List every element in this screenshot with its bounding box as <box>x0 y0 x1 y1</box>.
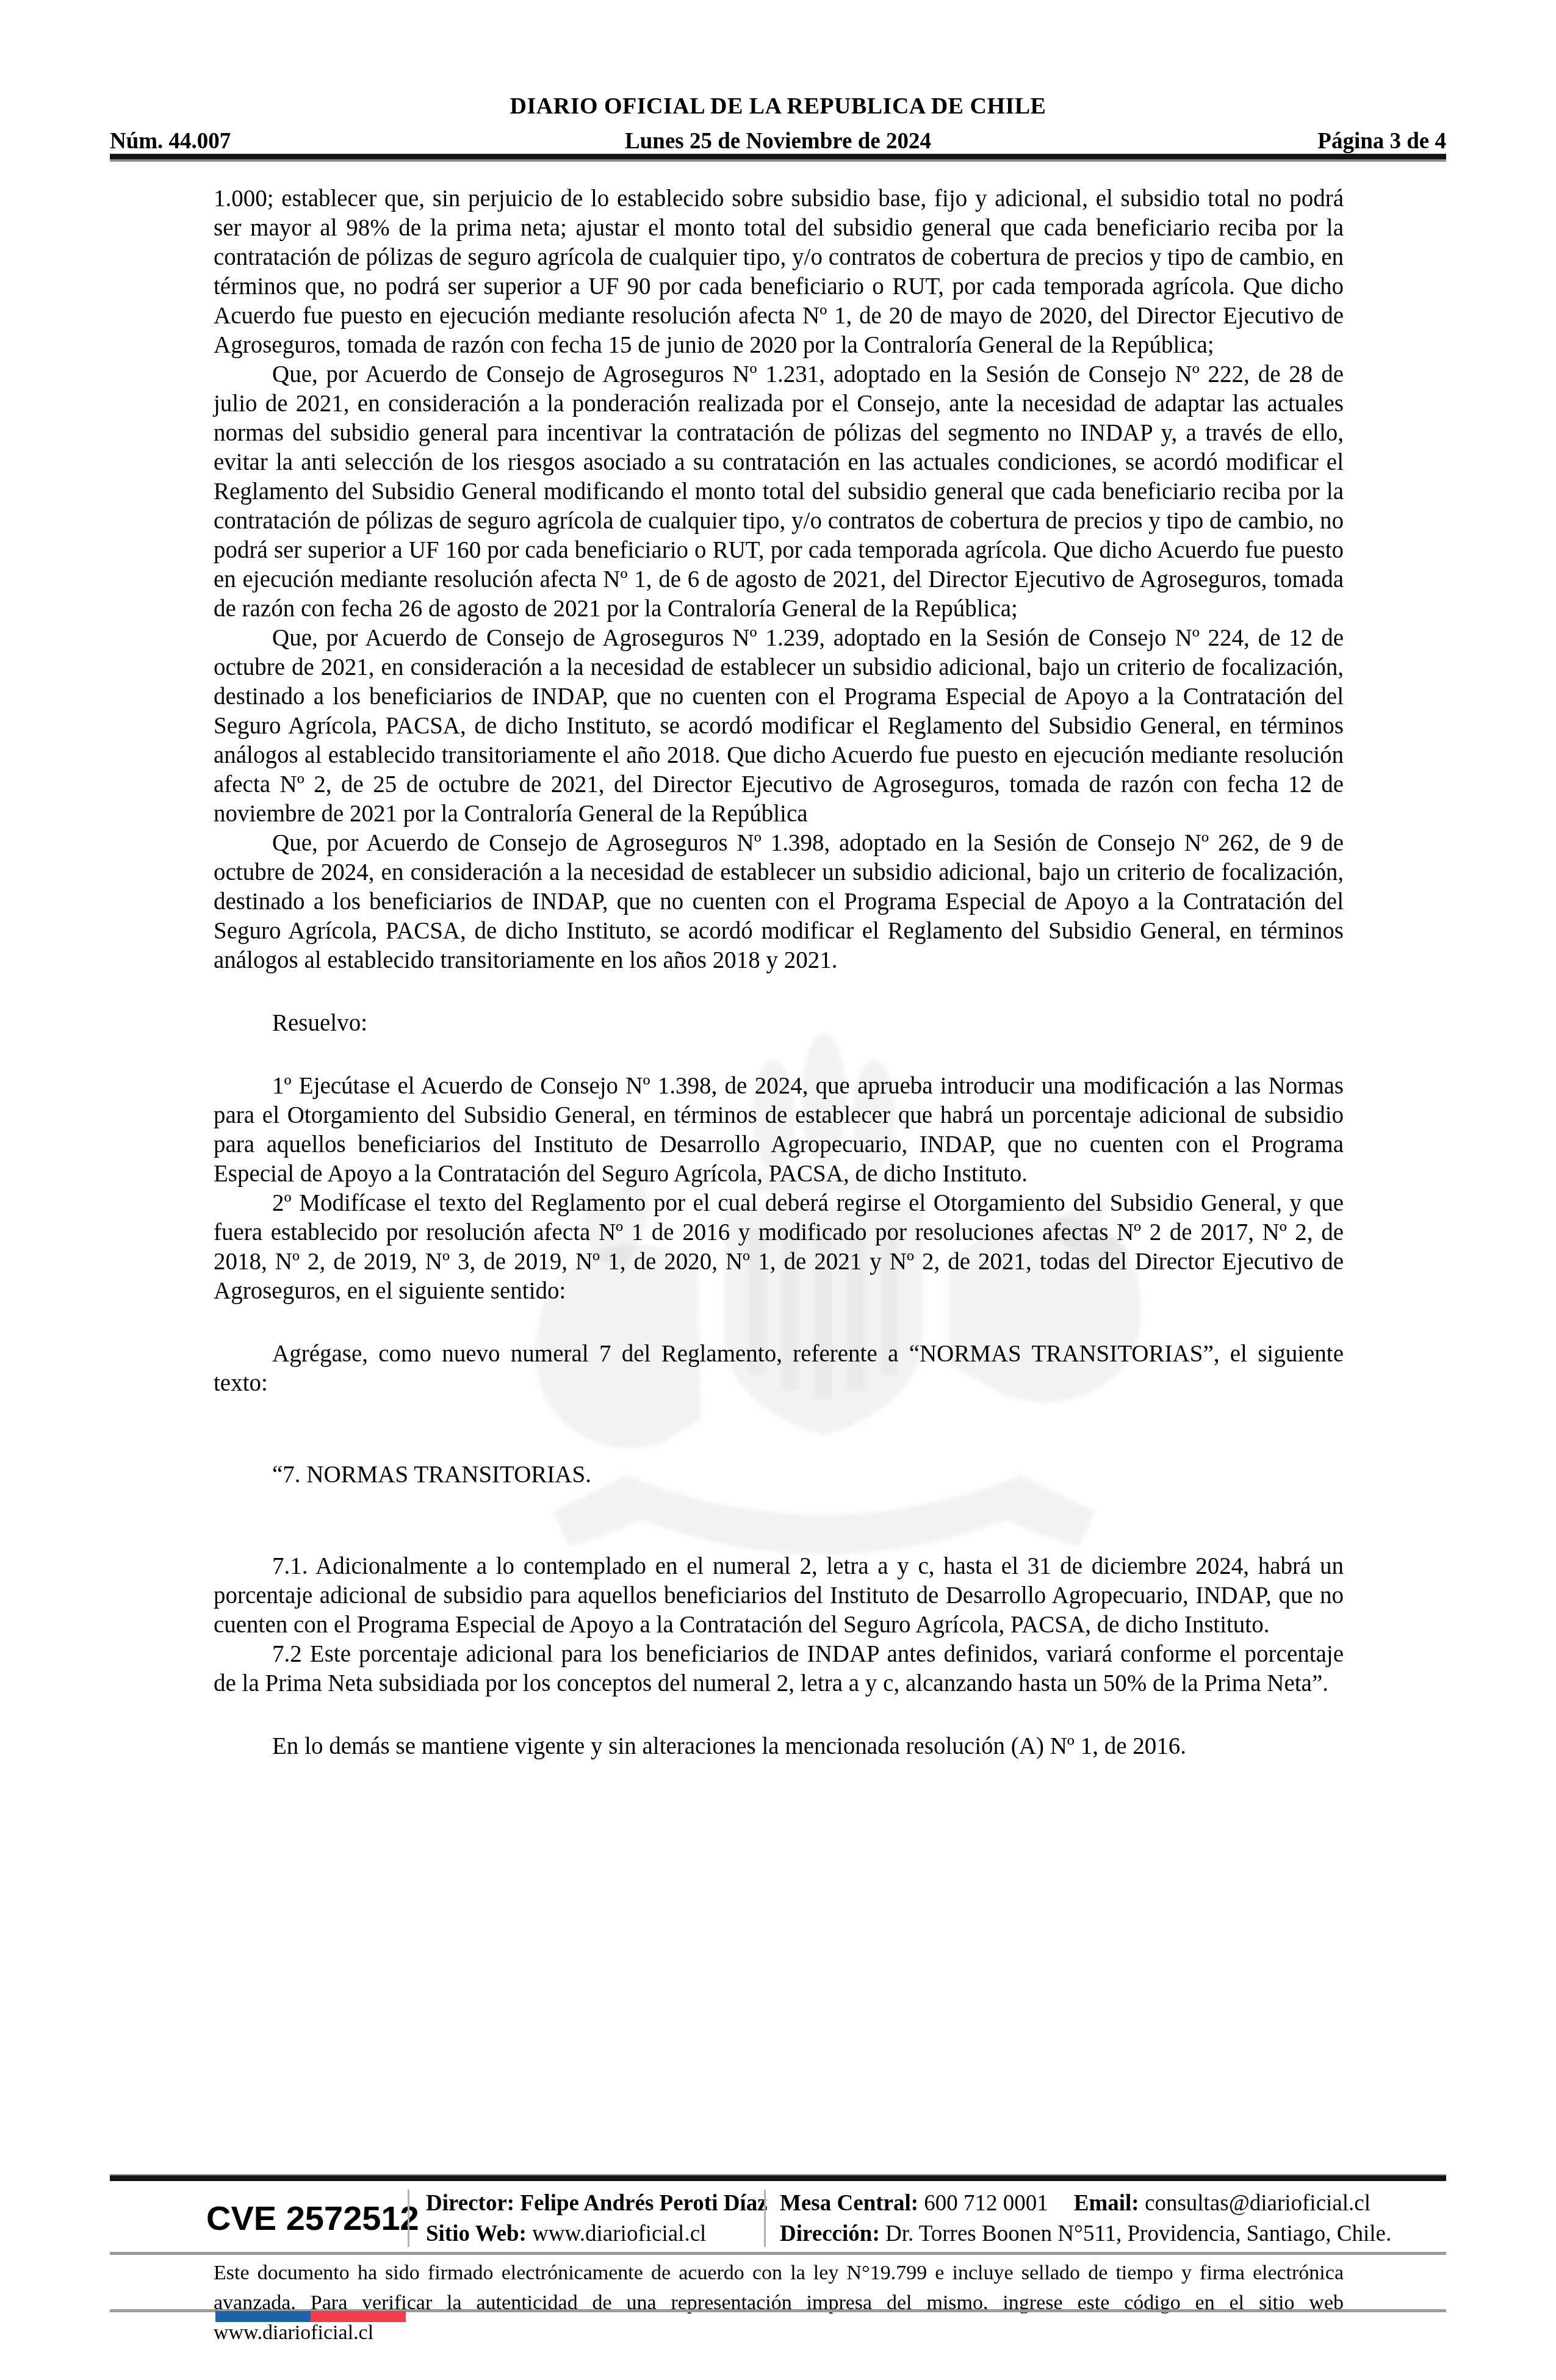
gazette-page: DIARIO OFICIAL DE LA REPUBLICA DE CHILE … <box>0 0 1556 2380</box>
paragraph: 1.000; establecer que, sin perjuicio de … <box>214 184 1344 360</box>
director-label: Director: <box>426 2191 514 2216</box>
footer-info-bar: CVE 2572512 Director: Felipe Andrés Pero… <box>110 2188 1446 2248</box>
header-meta-row: Núm. 44.007 Lunes 25 de Noviembre de 202… <box>110 128 1446 155</box>
paragraph: 2º Modifícase el texto del Reglamento po… <box>214 1189 1344 1306</box>
page-indicator: Página 3 de 4 <box>1317 128 1446 154</box>
paragraph: Que, por Acuerdo de Consejo de Agrosegur… <box>214 360 1344 624</box>
flag-blue-segment <box>215 2311 311 2322</box>
phone-label: Mesa Central: <box>780 2191 918 2216</box>
footer-divider <box>408 2190 409 2247</box>
website-line: Sitio Web: www.diarioficial.cl <box>426 2219 768 2249</box>
website-value: www.diarioficial.cl <box>532 2221 706 2246</box>
paragraph: Que, por Acuerdo de Consejo de Agrosegur… <box>214 624 1344 829</box>
issue-date: Lunes 25 de Noviembre de 2024 <box>110 128 1446 154</box>
address-value: Dr. Torres Boonen N°511, Providencia, Sa… <box>885 2221 1391 2246</box>
header-rule <box>110 154 1446 162</box>
paragraph: 7.2 Este porcentaje adicional para los b… <box>214 1640 1344 1698</box>
footer-divider <box>764 2190 766 2247</box>
flag-red-segment <box>311 2311 406 2322</box>
paragraph: En lo demás se mantiene vigente y sin al… <box>214 1732 1344 1761</box>
phone-value: 600 712 0001 <box>924 2191 1048 2216</box>
address-label: Dirección: <box>780 2221 880 2246</box>
director-name: Felipe Andrés Peroti Díaz <box>520 2191 767 2216</box>
chile-flag-bar <box>215 2311 406 2322</box>
phone-email-line: Mesa Central: 600 712 0001Email: consult… <box>780 2188 1391 2219</box>
footer-contact-column: Mesa Central: 600 712 0001Email: consult… <box>780 2188 1391 2249</box>
legal-notice: Este documento ha sido firmado electróni… <box>214 2258 1344 2348</box>
paragraph: 7.1. Adicionalmente a lo contemplado en … <box>214 1552 1344 1640</box>
director-line: Director: Felipe Andrés Peroti Díaz <box>426 2188 768 2219</box>
footer-separator-rule <box>110 2252 1446 2255</box>
email-label: Email: <box>1074 2191 1139 2216</box>
publication-title: DIARIO OFICIAL DE LA REPUBLICA DE CHILE <box>0 93 1556 120</box>
paragraph: Que, por Acuerdo de Consejo de Agrosegur… <box>214 829 1344 975</box>
section-heading: “7. NORMAS TRANSITORIAS. <box>214 1460 1344 1490</box>
footer-top-rule <box>110 2174 1446 2181</box>
email-value: consultas@diarioficial.cl <box>1145 2191 1371 2216</box>
website-label: Sitio Web: <box>426 2221 527 2246</box>
paragraph: 1º Ejecútase el Acuerdo de Consejo Nº 1.… <box>214 1072 1344 1189</box>
footer-director-column: Director: Felipe Andrés Peroti Díaz Siti… <box>426 2188 768 2249</box>
address-line: Dirección: Dr. Torres Boonen N°511, Prov… <box>780 2219 1391 2249</box>
paragraph: Agrégase, como nuevo numeral 7 del Regla… <box>214 1340 1344 1398</box>
resolution-heading: Resuelvo: <box>214 1009 1344 1038</box>
cve-code: CVE 2572512 <box>206 2198 419 2238</box>
document-body: 1.000; establecer que, sin perjuicio de … <box>214 184 1344 1761</box>
